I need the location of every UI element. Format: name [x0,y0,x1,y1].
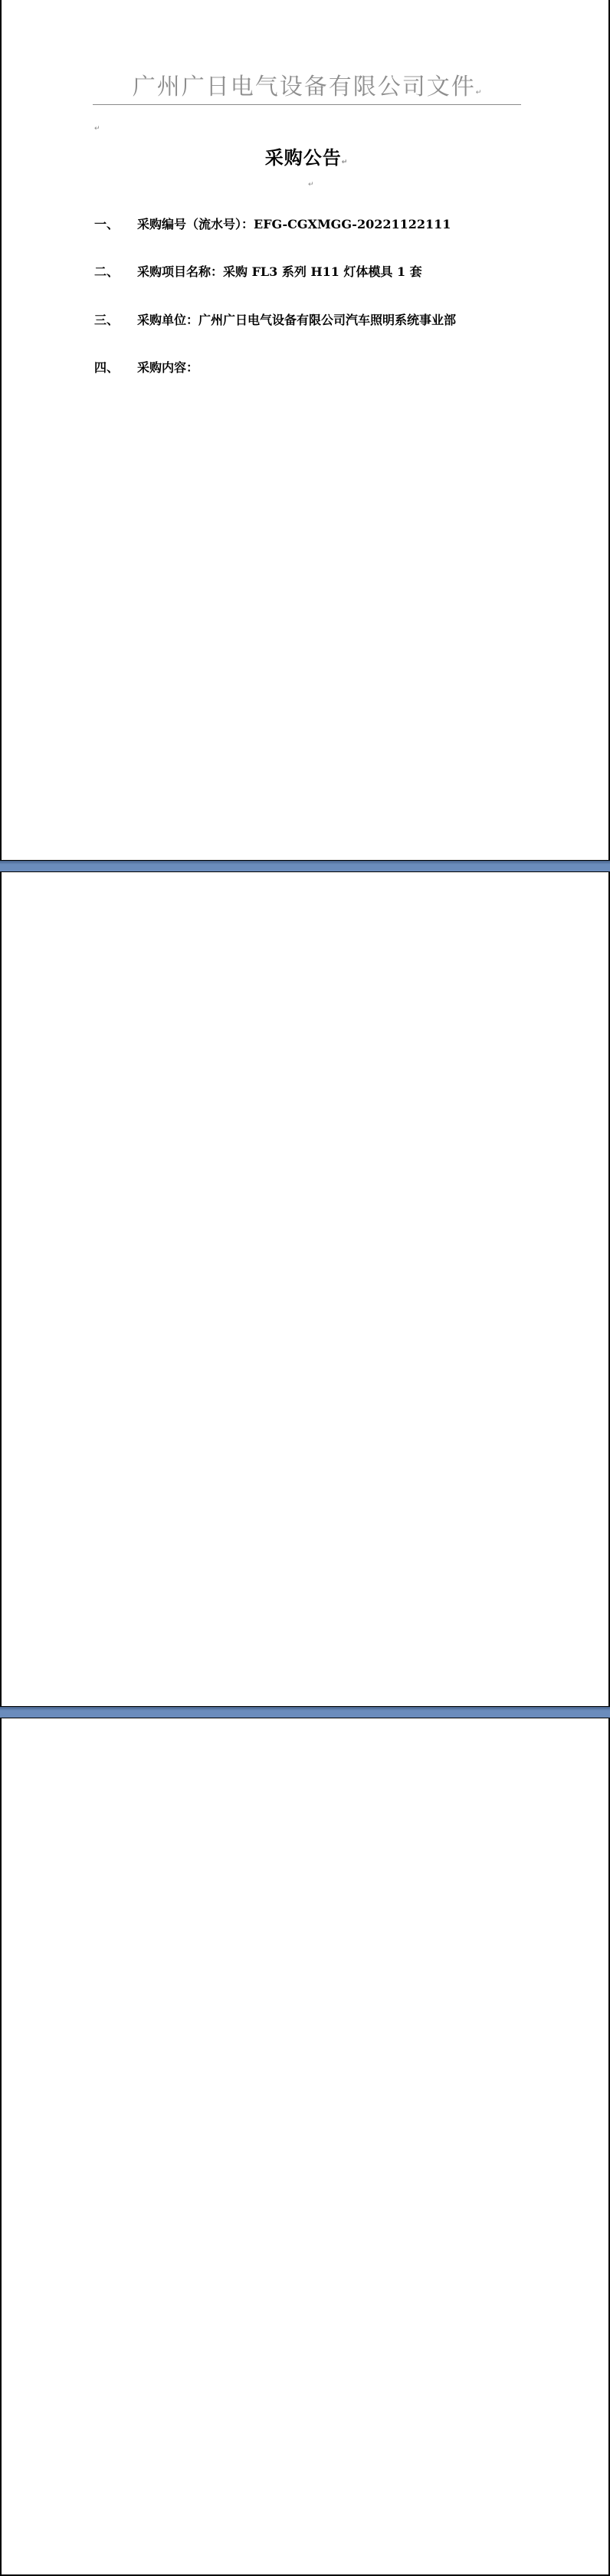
header-title: 广州广日电气设备有限公司文件 [133,74,476,100]
page-1: 广州广日电气设备有限公司文件↵ ↵ 采购公告↵ ↵ 一、 采购编号（流水号）：E… [0,0,610,861]
procurement-number: 采购编号（流水号）：EFG-CGXMGG-20221122111 [137,215,451,232]
page-gap [0,1707,610,1718]
page-3 [0,1718,610,2576]
project-name: 采购项目名称：采购 FL3 系列 H11 灯体模具 1 套 [137,262,422,280]
page-title: 采购公告↵ [2,143,610,169]
paragraph-mark: ↵ [308,181,314,189]
procurement-unit: 采购单位：广州广日电气设备有限公司汽车照明系统事业部 [137,310,456,328]
paragraph-mark: ↵ [94,125,100,133]
page-gap [0,861,610,871]
document-header: 广州广日电气设备有限公司文件↵ [93,71,521,105]
page-2 [0,871,610,1707]
procurement-content: 采购内容： [137,358,198,376]
